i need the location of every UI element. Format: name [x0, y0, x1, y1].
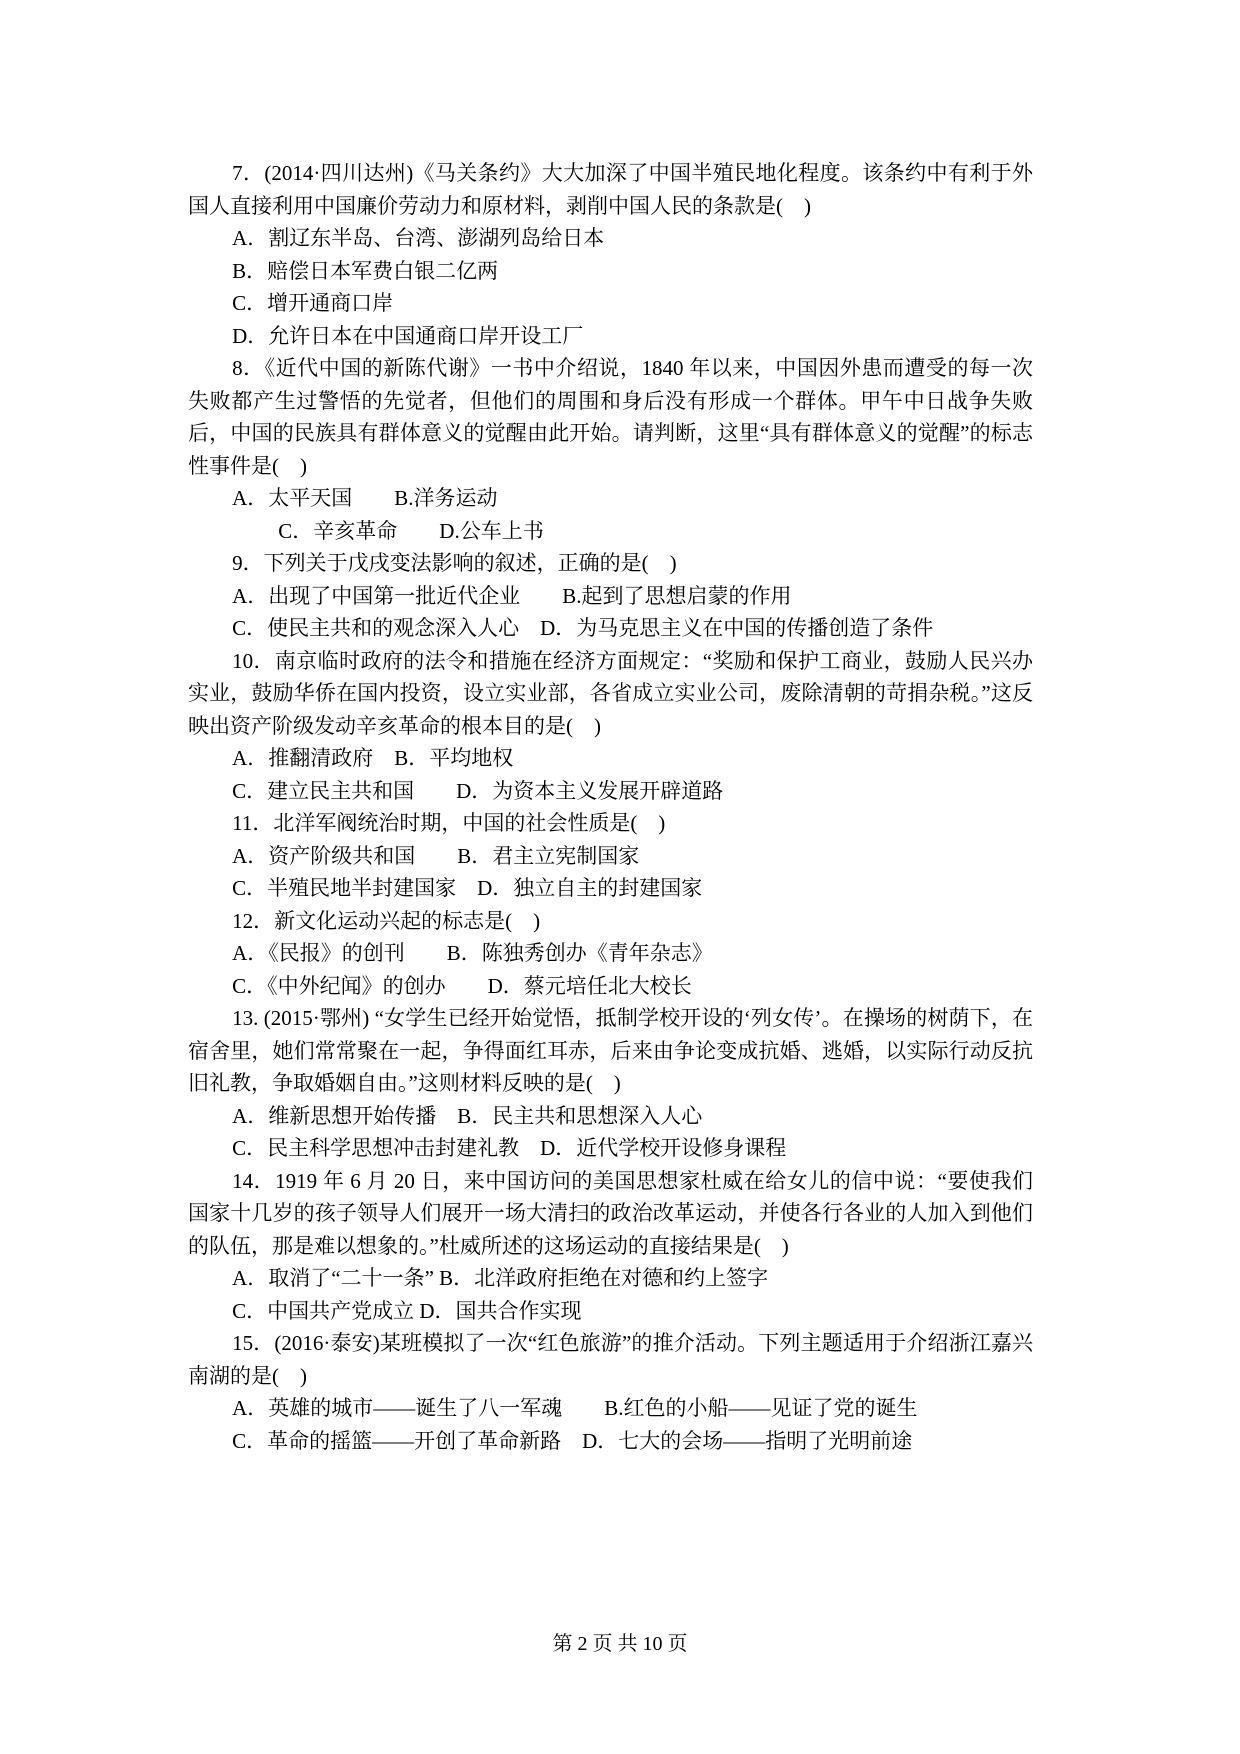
question-15-option-line-1: A．英雄的城市——诞生了八一军魂 B.红色的小船——见证了党的诞生 — [188, 1392, 1033, 1425]
question-7-option-line-4: D．允许日本在中国通商口岸开设工厂 — [188, 320, 1033, 353]
question-14-option-line-2: C．中国共产党成立 D．国共合作实现 — [188, 1295, 1033, 1328]
question-7-option-line-1: A．割辽东半岛、台湾、澎湖列岛给日本 — [188, 222, 1033, 255]
question-10-stem: 10．南京临时政府的法令和措施在经济方面规定：“奖励和保护工商业，鼓励人民兴办实… — [188, 645, 1033, 743]
question-9-option-line-1: A．出现了中国第一批近代企业 B.起到了思想启蒙的作用 — [188, 580, 1033, 613]
question-13-option-line-2: C．民主科学思想冲击封建礼教 D．近代学校开设修身课程 — [188, 1132, 1033, 1165]
question-8-stem: 8．《近代中国的新陈代谢》一书中介绍说，1840 年以来，中国因外患而遭受的每一… — [188, 352, 1033, 482]
question-14-option-line-1: A．取消了“二十一条” B．北洋政府拒绝在对德和约上签字 — [188, 1262, 1033, 1295]
question-15-option-line-2: C．革命的摇篮——开创了革命新路 D．七大的会场——指明了光明前途 — [188, 1425, 1033, 1458]
question-13-stem: 13. (2015·鄂州) “女学生已经开始觉悟，抵制学校开设的‘列女传’。在操… — [188, 1002, 1033, 1100]
question-9-option-line-2: C．使民主共和的观念深入人心 D．为马克思主义在中国的传播创造了条件 — [188, 612, 1033, 645]
question-7-option-line-3: C．增开通商口岸 — [188, 287, 1033, 320]
question-13-option-line-1: A．维新思想开始传播 B．民主共和思想深入人心 — [188, 1100, 1033, 1133]
question-list: 7．(2014·四川达州)《马关条约》大大加深了中国半殖民地化程度。该条约中有利… — [188, 157, 1033, 1457]
question-8-option-line-2: C．辛亥革命 D.公车上书 — [188, 515, 1033, 548]
question-9-stem: 9．下列关于戊戌变法影响的叙述，正确的是( ) — [188, 547, 1033, 580]
question-12-option-line-2: C．《中外纪闻》的创办 D．蔡元培任北大校长 — [188, 970, 1033, 1003]
question-11-option-line-1: A．资产阶级共和国 B．君主立宪制国家 — [188, 840, 1033, 873]
question-15-stem: 15．(2016·泰安)某班模拟了一次“红色旅游”的推介活动。下列主题适用于介绍… — [188, 1327, 1033, 1392]
question-14-stem: 14．1919 年 6 月 20 日，来中国访问的美国思想家杜威在给女儿的信中说… — [188, 1165, 1033, 1263]
question-12-stem: 12．新文化运动兴起的标志是( ) — [188, 905, 1033, 938]
question-11-option-line-2: C．半殖民地半封建国家 D．独立自主的封建国家 — [188, 872, 1033, 905]
question-12-option-line-1: A．《民报》的创刊 B．陈独秀创办《青年杂志》 — [188, 937, 1033, 970]
page-number: 第 2 页 共 10 页 — [0, 1629, 1240, 1659]
question-8-option-line-1: A．太平天国 B.洋务运动 — [188, 482, 1033, 515]
question-7-option-line-2: B．赔偿日本军费白银二亿两 — [188, 255, 1033, 288]
question-10-option-line-1: A．推翻清政府 B．平均地权 — [188, 742, 1033, 775]
question-7-stem: 7．(2014·四川达州)《马关条约》大大加深了中国半殖民地化程度。该条约中有利… — [188, 157, 1033, 222]
question-10-option-line-2: C．建立民主共和国 D．为资本主义发展开辟道路 — [188, 775, 1033, 808]
document-page: 7．(2014·四川达州)《马关条约》大大加深了中国半殖民地化程度。该条约中有利… — [0, 0, 1240, 1754]
question-11-stem: 11．北洋军阀统治时期，中国的社会性质是( ) — [188, 807, 1033, 840]
